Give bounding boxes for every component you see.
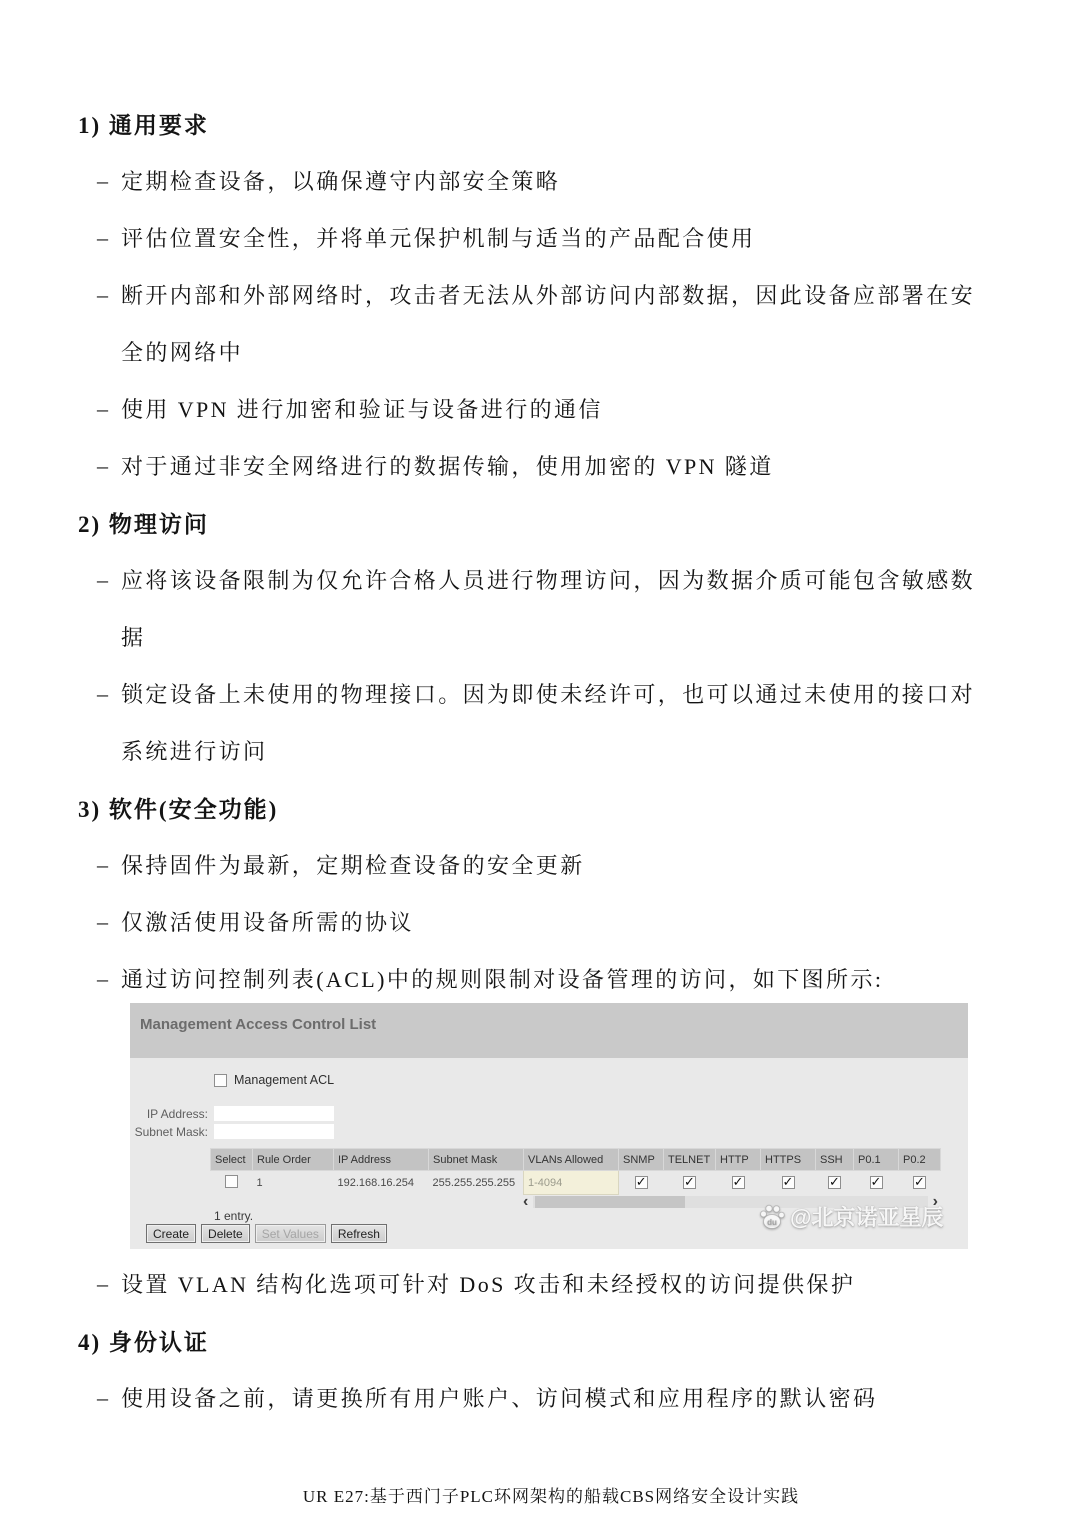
acl-rules-table: Select Rule Order IP Address Subnet Mask… bbox=[210, 1148, 941, 1195]
column-header: Rule Order bbox=[253, 1149, 334, 1171]
rule-order-cell: 1 bbox=[253, 1171, 334, 1195]
subnet-mask-label: Subnet Mask: bbox=[130, 1125, 208, 1139]
acl-table-header-row: Select Rule Order IP Address Subnet Mask… bbox=[211, 1149, 941, 1171]
column-header: Select bbox=[211, 1149, 253, 1171]
list-item-text: 保持固件为最新，定期检查设备的安全更新 bbox=[121, 849, 585, 880]
acl-page-title: Management Access Control List bbox=[140, 1016, 376, 1033]
column-header: VLANs Allowed bbox=[524, 1149, 619, 1171]
list-item: – 断开内部和外部网络时，攻击者无法从外部访问内部数据，因此设备应部署在安 bbox=[78, 266, 1024, 323]
list-item: – 保持固件为最新，定期检查设备的安全更新 bbox=[78, 836, 1024, 893]
section-2-heading: 2) 物理访问 bbox=[78, 494, 1024, 551]
dash-bullet: – bbox=[97, 681, 121, 707]
https-checkbox[interactable]: ✓ bbox=[782, 1176, 795, 1189]
list-item-text: 使用 VPN 进行加密和验证与设备进行的通信 bbox=[121, 393, 603, 424]
dash-bullet: – bbox=[97, 225, 121, 251]
list-item-text: 仅激活使用设备所需的协议 bbox=[121, 906, 414, 937]
dash-bullet: – bbox=[97, 282, 121, 308]
list-item-continuation: 全的网络中 bbox=[78, 323, 1024, 380]
acl-button-bar: Create Delete Set Values Refresh bbox=[146, 1224, 387, 1243]
column-header: SSH bbox=[816, 1149, 854, 1171]
management-acl-option: Management ACL bbox=[214, 1073, 334, 1087]
column-header: SNMP bbox=[619, 1149, 664, 1171]
svg-text:du: du bbox=[767, 1218, 777, 1227]
dash-bullet: – bbox=[97, 1385, 121, 1411]
list-item-text: 断开内部和外部网络时，攻击者无法从外部访问内部数据，因此设备应部署在安 bbox=[121, 279, 975, 310]
list-item: – 定期检查设备，以确保遵守内部安全策略 bbox=[78, 152, 1024, 209]
ip-address-label: IP Address: bbox=[130, 1107, 208, 1121]
p01-checkbox[interactable]: ✓ bbox=[870, 1176, 883, 1189]
scrollbar-thumb[interactable] bbox=[535, 1196, 685, 1208]
column-header: P0.2 bbox=[899, 1149, 941, 1171]
list-item-continuation: 据 bbox=[78, 608, 1024, 665]
footer-title: UR E27:基于西门子PLC环网架构的船载CBS网络安全设计实践 bbox=[78, 1482, 1024, 1507]
list-item: – 通过访问控制列表(ACL)中的规则限制对设备管理的访问，如下图所示: bbox=[78, 950, 1024, 1007]
ssh-checkbox[interactable]: ✓ bbox=[828, 1176, 841, 1189]
watermark: du @北京诺亚星辰 bbox=[758, 1201, 943, 1232]
acl-title-bar: Management Access Control List bbox=[130, 1003, 968, 1058]
list-item: – 评估位置安全性，并将单元保护机制与适当的产品配合使用 bbox=[78, 209, 1024, 266]
dash-bullet: – bbox=[97, 909, 121, 935]
set-values-button: Set Values bbox=[255, 1224, 326, 1243]
list-item-text: 锁定设备上未使用的物理接口。因为即使未经许可，也可以通过未使用的接口对 bbox=[121, 678, 975, 709]
http-checkbox[interactable]: ✓ bbox=[732, 1176, 745, 1189]
list-item: – 使用设备之前，请更换所有用户账户、访问模式和应用程序的默认密码 bbox=[78, 1369, 1024, 1426]
dash-bullet: – bbox=[97, 1271, 121, 1297]
p02-checkbox[interactable]: ✓ bbox=[913, 1176, 926, 1189]
list-item: – 设置 VLAN 结构化选项可针对 DoS 攻击和未经授权的访问提供保护 bbox=[78, 1255, 1024, 1312]
dash-bullet: – bbox=[97, 453, 121, 479]
dash-bullet: – bbox=[97, 168, 121, 194]
list-item-text: 设置 VLAN 结构化选项可针对 DoS 攻击和未经授权的访问提供保护 bbox=[121, 1268, 855, 1299]
list-item-text: 据 bbox=[121, 621, 145, 652]
section-4-heading: 4) 身份认证 bbox=[78, 1312, 1024, 1369]
column-header: HTTP bbox=[716, 1149, 761, 1171]
ip-address-cell: 192.168.16.254 bbox=[334, 1171, 429, 1195]
watermark-text: @北京诺亚星辰 bbox=[790, 1201, 943, 1232]
list-item-text: 定期检查设备，以确保遵守内部安全策略 bbox=[121, 165, 560, 196]
section-1-heading: 1) 通用要求 bbox=[78, 95, 1024, 152]
list-item: – 应将该设备限制为仅允许合格人员进行物理访问，因为数据介质可能包含敏感数 bbox=[78, 551, 1024, 608]
list-item: – 使用 VPN 进行加密和验证与设备进行的通信 bbox=[78, 380, 1024, 437]
telnet-checkbox[interactable]: ✓ bbox=[683, 1176, 696, 1189]
dash-bullet: – bbox=[97, 852, 121, 878]
list-item-text: 应将该设备限制为仅允许合格人员进行物理访问，因为数据介质可能包含敏感数 bbox=[121, 564, 975, 595]
row-select-checkbox[interactable] bbox=[225, 1175, 238, 1188]
list-item-text: 评估位置安全性，并将单元保护机制与适当的产品配合使用 bbox=[121, 222, 755, 253]
management-acl-label: Management ACL bbox=[234, 1073, 334, 1087]
dash-bullet: – bbox=[97, 567, 121, 593]
list-item-text: 通过访问控制列表(ACL)中的规则限制对设备管理的访问，如下图所示: bbox=[121, 963, 883, 994]
list-item-text: 系统进行访问 bbox=[121, 735, 267, 766]
dash-bullet: – bbox=[97, 396, 121, 422]
vlans-allowed-field[interactable]: 1-4094 bbox=[524, 1171, 619, 1195]
management-acl-checkbox[interactable] bbox=[214, 1074, 227, 1087]
column-header: HTTPS bbox=[761, 1149, 816, 1171]
document-page: 1) 通用要求 – 定期检查设备，以确保遵守内部安全策略 – 评估位置安全性，并… bbox=[0, 0, 1084, 1532]
list-item: – 对于通过非安全网络进行的数据传输，使用加密的 VPN 隧道 bbox=[78, 437, 1024, 494]
list-item-continuation: 系统进行访问 bbox=[78, 722, 1024, 779]
baidu-paw-icon: du bbox=[758, 1203, 786, 1231]
column-header: IP Address bbox=[334, 1149, 429, 1171]
delete-button[interactable]: Delete bbox=[201, 1224, 250, 1243]
ip-address-input[interactable] bbox=[214, 1106, 334, 1121]
acl-screenshot-figure: Management Access Control List Managemen… bbox=[130, 1003, 968, 1249]
column-header: P0.1 bbox=[854, 1149, 899, 1171]
list-item-text: 对于通过非安全网络进行的数据传输，使用加密的 VPN 隧道 bbox=[121, 450, 774, 481]
create-button[interactable]: Create bbox=[146, 1224, 196, 1243]
acl-rule-row: 1 192.168.16.254 255.255.255.255 1-4094 … bbox=[211, 1171, 941, 1195]
list-item-text: 全的网络中 bbox=[121, 336, 243, 367]
snmp-checkbox[interactable]: ✓ bbox=[635, 1176, 648, 1189]
column-header: Subnet Mask bbox=[429, 1149, 524, 1171]
refresh-button[interactable]: Refresh bbox=[331, 1224, 387, 1243]
subnet-mask-cell: 255.255.255.255 bbox=[429, 1171, 524, 1195]
column-header: TELNET bbox=[664, 1149, 716, 1171]
document-body: 1) 通用要求 – 定期检查设备，以确保遵守内部安全策略 – 评估位置安全性，并… bbox=[0, 0, 1084, 1507]
list-item-text: 使用设备之前，请更换所有用户账户、访问模式和应用程序的默认密码 bbox=[121, 1382, 877, 1413]
entries-count: 1 entry. bbox=[214, 1209, 253, 1223]
section-3-heading: 3) 软件(安全功能) bbox=[78, 779, 1024, 836]
dash-bullet: – bbox=[97, 966, 121, 992]
subnet-mask-input[interactable] bbox=[214, 1124, 334, 1139]
list-item: – 锁定设备上未使用的物理接口。因为即使未经许可，也可以通过未使用的接口对 bbox=[78, 665, 1024, 722]
list-item: – 仅激活使用设备所需的协议 bbox=[78, 893, 1024, 950]
scroll-left-icon[interactable]: ‹ bbox=[523, 1195, 528, 1208]
